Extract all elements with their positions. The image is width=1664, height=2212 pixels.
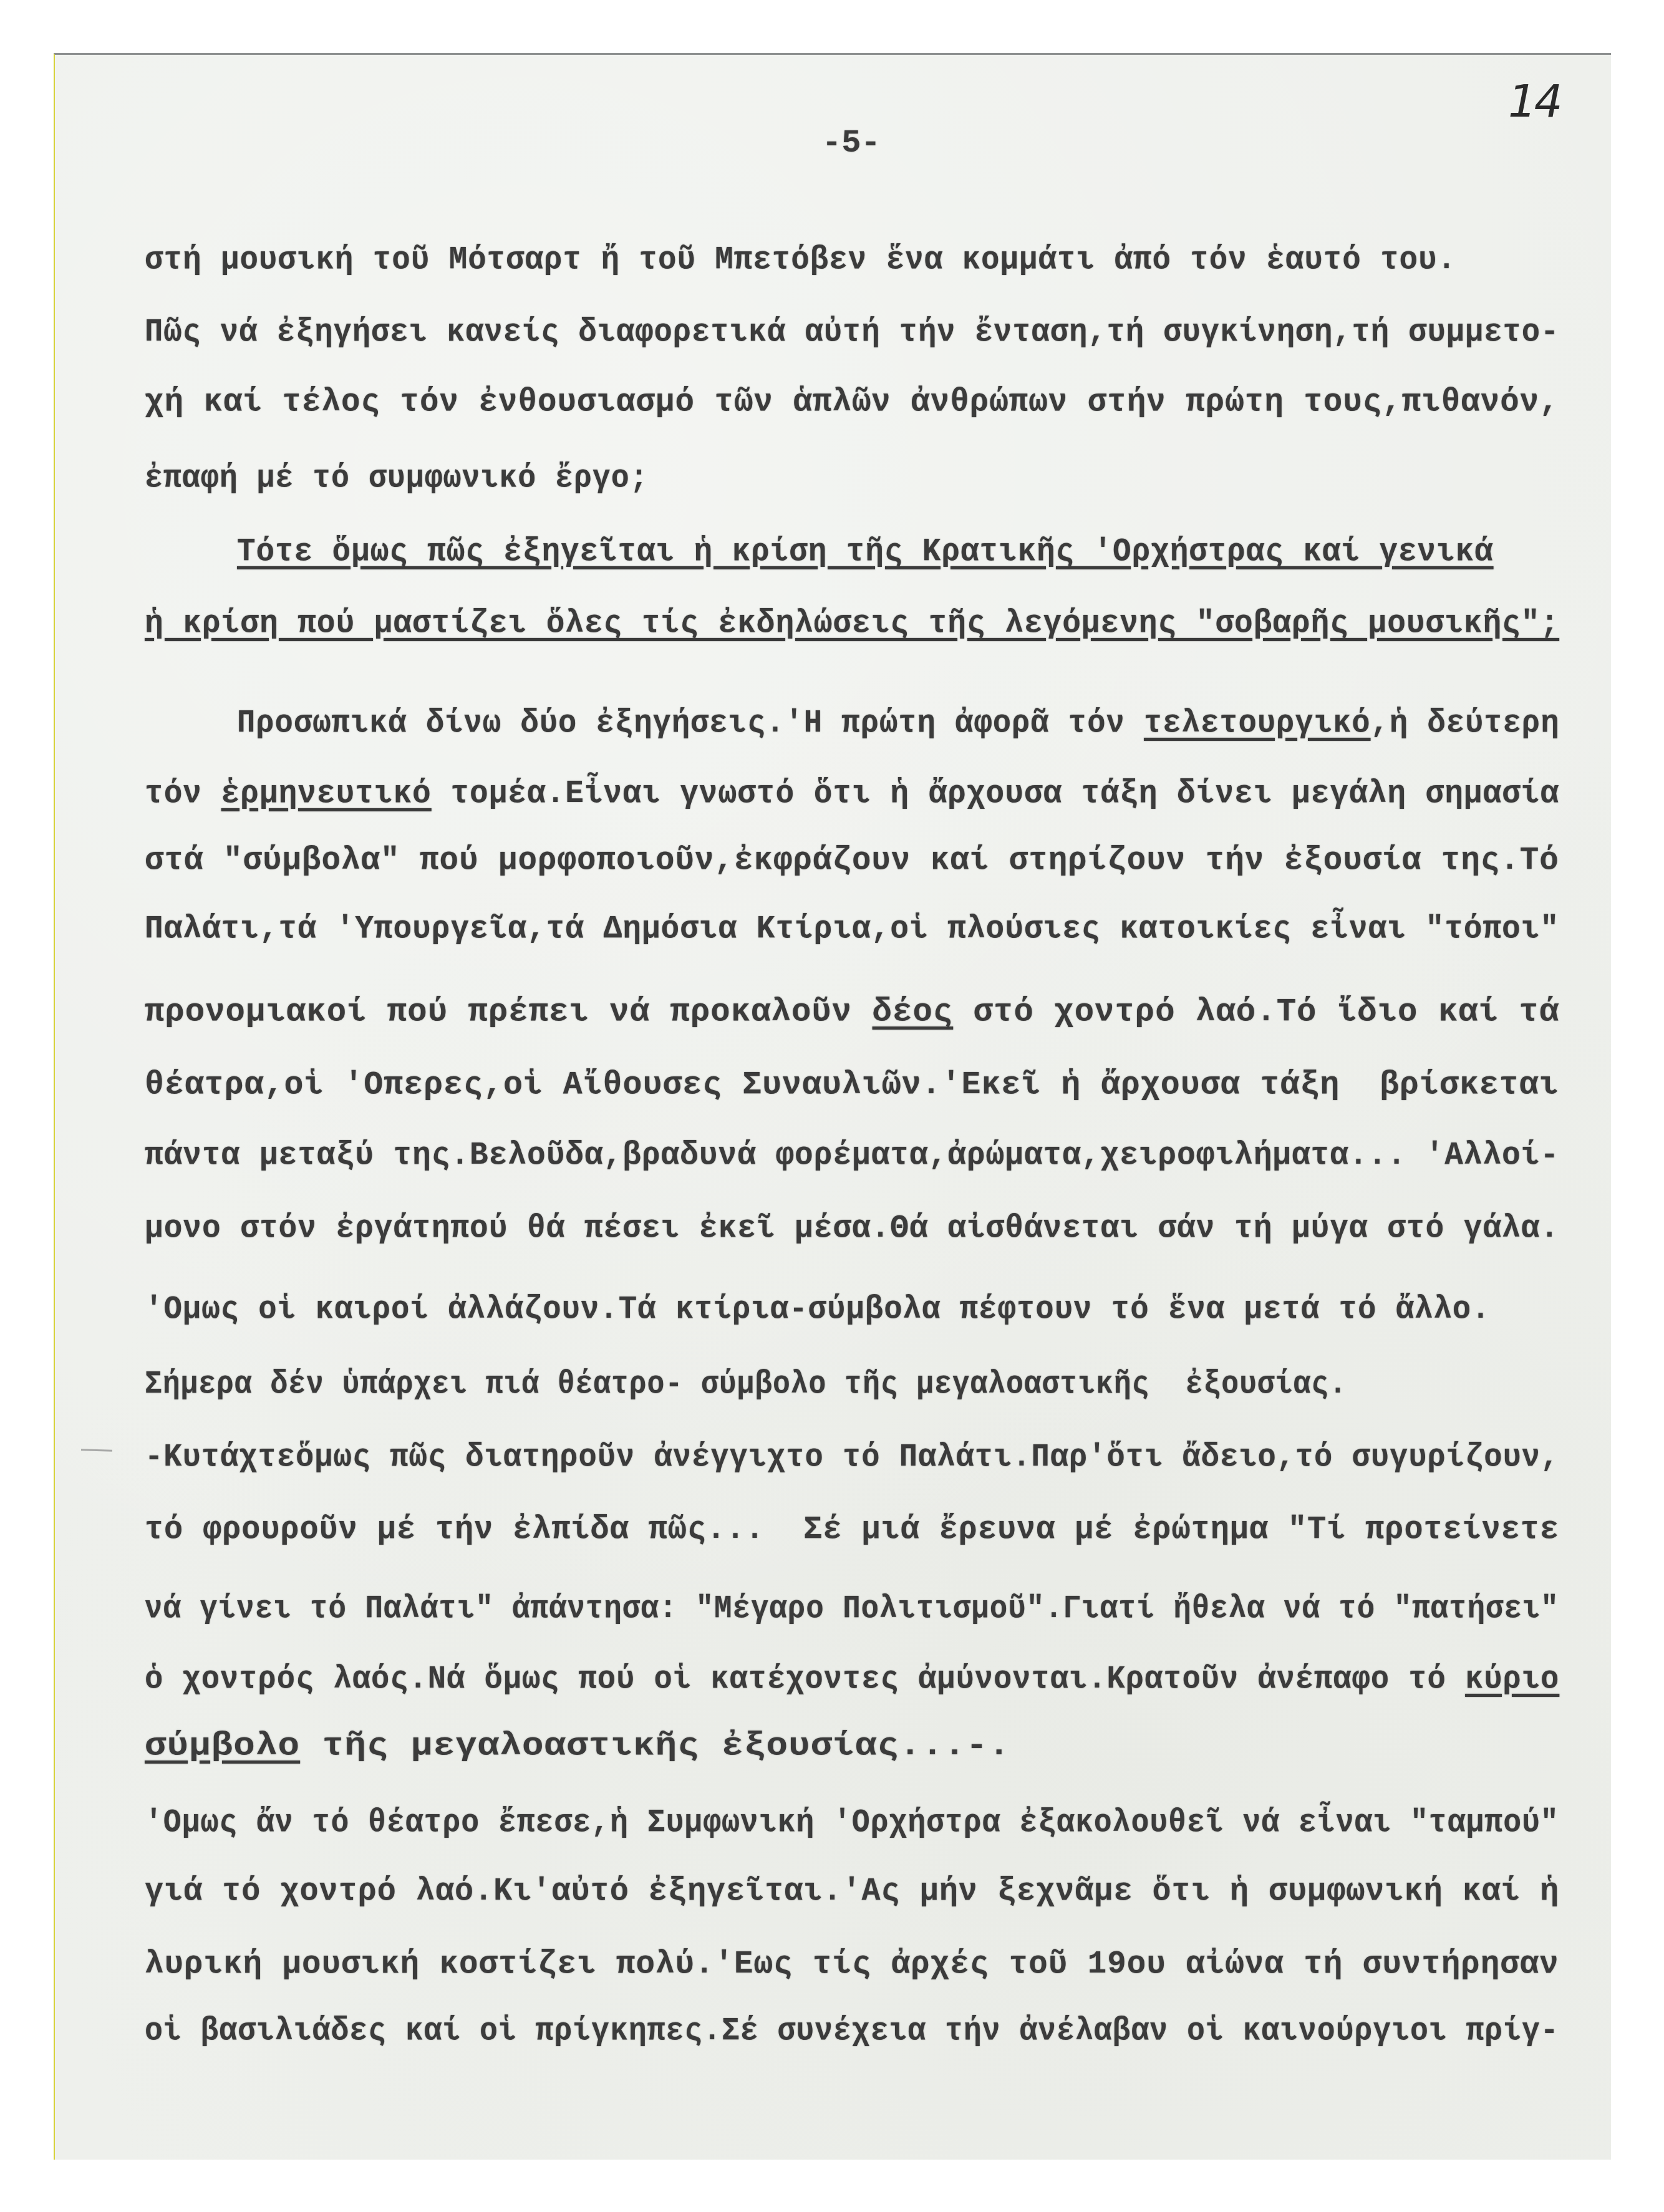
text-segment: στά "σύμβολα" πού μορφοποιοῦν,ἐκφράζουν … (145, 842, 1559, 879)
underlined-text: σύμβολο (145, 1727, 300, 1764)
handwritten-page-number: 14 (1508, 75, 1560, 127)
text-segment: οἱ βασιλιάδες καί οἱ πρίγκηπες.Σέ συνέχε… (145, 2012, 1559, 2049)
text-segment: ἐπαφή μέ τό συμφωνικό ἔργο; (145, 460, 649, 496)
text-line: Παλάτι,τά 'Υπουργεῖα,τά Δημόσια Κτίρια,ο… (145, 910, 1559, 948)
text-segment: τομέα.Εἶναι γνωστό ὅτι ἡ ἄρχουσα τάξη δί… (432, 775, 1559, 812)
underlined-text: ἑρμηνευτικό (221, 775, 432, 812)
text-line: πάντα μεταξύ της.Βελοῦδα,βραδυνά φορέματ… (145, 1137, 1559, 1174)
text-segment: λυρική μουσική κοστίζει πολύ.'Εως τίς ἀρ… (145, 1946, 1559, 1983)
text-segment: Σήμερα δέν ὑπάρχει πιά θέατρο- σύμβολο τ… (145, 1366, 1347, 1403)
text-segment: χή καί τέλος τόν ἐνθουσιασμό τῶν ἁπλῶν ἀ… (145, 384, 1559, 420)
text-line: -Κυτάχτεὅμως πῶς διατηροῦν ἀνέγγιχτο τό … (145, 1439, 1559, 1476)
text-segment: -Κυτάχτεὅμως πῶς διατηροῦν ἀνέγγιχτο τό … (145, 1439, 1559, 1475)
underlined-text: κύριο (1465, 1661, 1559, 1698)
text-segment: Παλάτι,τά 'Υπουργεῖα,τά Δημόσια Κτίρια,ο… (145, 910, 1559, 947)
text-line: στά "σύμβολα" πού μορφοποιοῦν,ἐκφράζουν … (145, 842, 1559, 879)
underlined-text: Τότε ὅμως πῶς ἐξηγεῖται ἡ κρίση τῆς Κρατ… (237, 533, 1494, 570)
text-line: ὁ χοντρός λαός.Νά ὅμως πού οἱ κατέχοντες… (145, 1661, 1559, 1698)
text-line: γιά τό χοντρό λαό.Κι'αὐτό ἐξηγεῖται.'Ας … (145, 1873, 1559, 1910)
typewritten-page (54, 53, 1611, 2160)
text-segment: ὁ χοντρός λαός.Νά ὅμως πού οἱ κατέχοντες… (145, 1661, 1465, 1698)
text-line: οἱ βασιλιάδες καί οἱ πρίγκηπες.Σέ συνέχε… (145, 2012, 1559, 2050)
text-segment: θέατρα,οἱ 'Οπερες,οἱ Αἴθουσες Συναυλιῶν.… (145, 1066, 1559, 1103)
text-line: ἐπαφή μέ τό συμφωνικό ἔργο; (145, 460, 649, 497)
text-line: στή μουσική τοῦ Μότσαρτ ἤ τοῦ Μπετόβεν ἕ… (145, 241, 1456, 279)
text-segment: στή μουσική τοῦ Μότσαρτ ἤ τοῦ Μπετόβεν ἕ… (145, 241, 1456, 278)
text-line: τόν ἑρμηνευτικό τομέα.Εἶναι γνωστό ὅτι ἡ… (145, 775, 1559, 813)
text-segment: μονο στόν ἐργάτηπού θά πέσει ἐκεῖ μέσα.Θ… (145, 1210, 1559, 1247)
text-segment: ,ἡ δεύτερη (1371, 705, 1560, 741)
text-line: ἡ κρίση πού μαστίζει ὅλες τίς ἐκδηλώσεις… (145, 605, 1559, 642)
text-segment: 'Ομως ἄν τό θέατρο ἔπεσε,ἡ Συμφωνική 'Ορ… (145, 1804, 1559, 1841)
text-segment: Προσωπικά δίνω δύο ἐξηγήσεις.'Η πρώτη ἀφ… (237, 705, 1144, 741)
text-segment: πάντα μεταξύ της.Βελοῦδα,βραδυνά φορέματ… (145, 1137, 1559, 1174)
text-segment: γιά τό χοντρό λαό.Κι'αὐτό ἐξηγεῖται.'Ας … (145, 1873, 1559, 1910)
text-line: χή καί τέλος τόν ἐνθουσιασμό τῶν ἁπλῶν ἀ… (145, 384, 1559, 421)
text-segment: τό φρουροῦν μέ τήν ἐλπίδα πῶς... Σέ μιά … (145, 1511, 1559, 1548)
text-line: Τότε ὅμως πῶς ἐξηγεῖται ἡ κρίση τῆς Κρατ… (237, 533, 1494, 571)
text-segment: προνομιακοί πού πρέπει νά προκαλοῦν (145, 993, 873, 1030)
underlined-text: τελετουργικό (1144, 705, 1371, 741)
text-line: Προσωπικά δίνω δύο ἐξηγήσεις.'Η πρώτη ἀφ… (237, 705, 1559, 742)
text-line: τό φρουροῦν μέ τήν ἐλπίδα πῶς... Σέ μιά … (145, 1511, 1559, 1548)
text-line: Σήμερα δέν ὑπάρχει πιά θέατρο- σύμβολο τ… (145, 1366, 1347, 1403)
text-segment: Πῶς νά ἐξηγήσει κανείς διαφορετικά αὐτή … (145, 314, 1559, 350)
text-line: σύμβολο τῆς μεγαλοαστικῆς ἐξουσίας...-. (145, 1727, 1010, 1765)
underlined-text: ἡ κρίση πού μαστίζει ὅλες τίς ἐκδηλώσεις… (145, 605, 1559, 642)
page-header-number: -5- (822, 125, 881, 162)
text-line: μονο στόν ἐργάτηπού θά πέσει ἐκεῖ μέσα.Θ… (145, 1210, 1559, 1247)
text-line: Πῶς νά ἐξηγήσει κανείς διαφορετικά αὐτή … (145, 314, 1559, 351)
text-segment: τόν (145, 775, 221, 812)
text-line: προνομιακοί πού πρέπει νά προκαλοῦν δέος… (145, 993, 1559, 1031)
text-segment: 'Ομως οἱ καιροί ἀλλάζουν.Τά κτίρια-σύμβο… (145, 1291, 1491, 1328)
underlined-text: δέος (873, 993, 954, 1030)
text-segment: νά γίνει τό Παλάτι" ἀπάντησα: "Μέγαρο Πο… (145, 1590, 1559, 1627)
text-segment: στό χοντρό λαό.Τό ἴδιο καί τά (953, 993, 1559, 1030)
text-line: 'Ομως ἄν τό θέατρο ἔπεσε,ἡ Συμφωνική 'Ορ… (145, 1804, 1559, 1842)
text-segment: τῆς μεγαλοαστικῆς ἐξουσίας...-. (300, 1727, 1010, 1764)
text-line: λυρική μουσική κοστίζει πολύ.'Εως τίς ἀρ… (145, 1946, 1559, 1983)
text-line: 'Ομως οἱ καιροί ἀλλάζουν.Τά κτίρια-σύμβο… (145, 1291, 1491, 1328)
text-line: νά γίνει τό Παλάτι" ἀπάντησα: "Μέγαρο Πο… (145, 1590, 1559, 1628)
text-line: θέατρα,οἱ 'Οπερες,οἱ Αἴθουσες Συναυλιῶν.… (145, 1066, 1559, 1104)
